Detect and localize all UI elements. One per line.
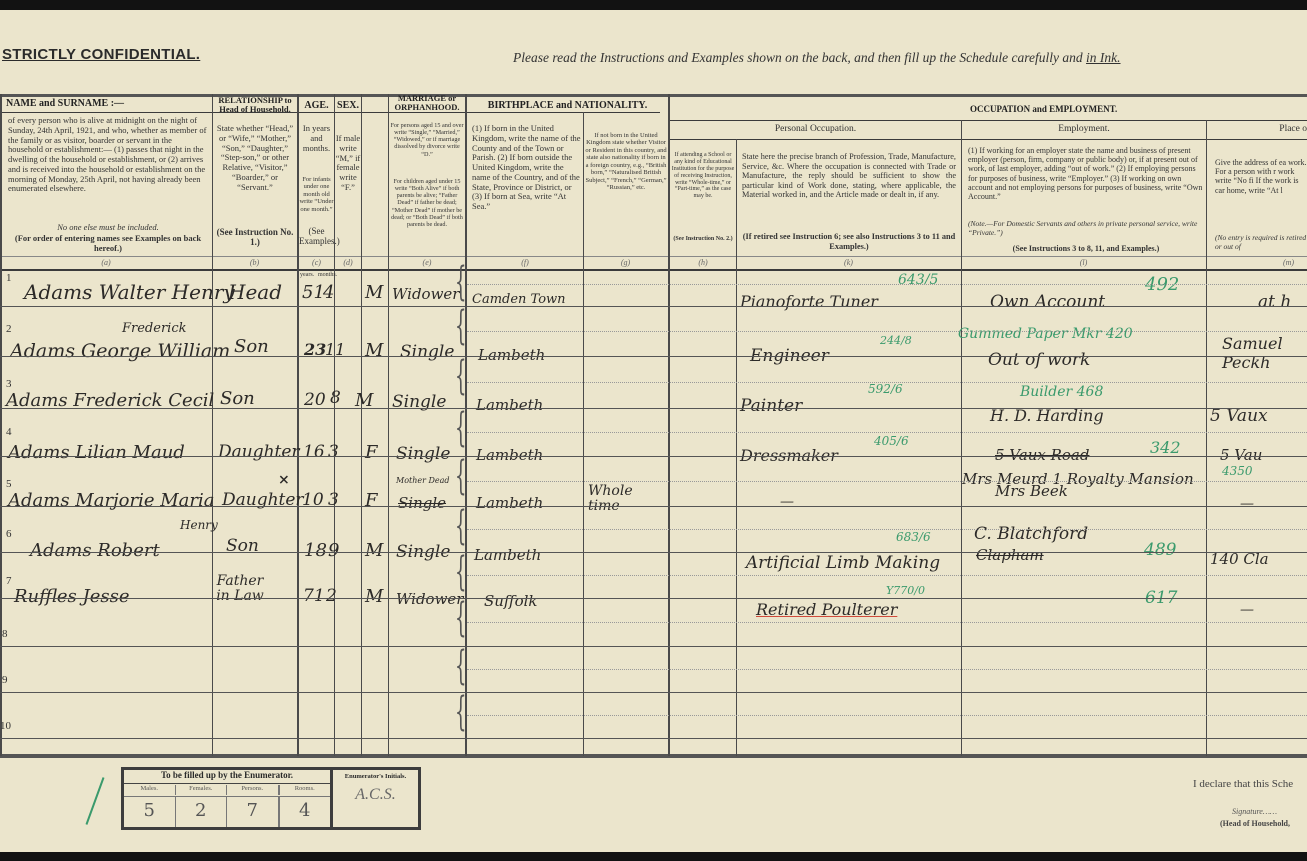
row4-name: Adams Lilian Maud (8, 442, 185, 463)
declaration-text: I declare that this Sche (1193, 778, 1293, 790)
header-name-title: NAME and SURNAME :— (6, 98, 206, 109)
males-count: 5 (124, 797, 176, 827)
signature-label[interactable]: Signature…… (1232, 807, 1277, 816)
header-sex-title: SEX. (335, 100, 361, 111)
row1-name: Adams Walter Henry (24, 280, 235, 304)
row6-name: Adams Robert (30, 540, 160, 561)
census-schedule-page: STRICTLY CONFIDENTIAL. Please read the I… (0, 10, 1307, 853)
header-nationality-body: If not born in the United Kingdom state … (585, 132, 667, 192)
row5-name: Adams Marjorie Maria (8, 490, 214, 511)
cross-mark: × (278, 472, 290, 488)
header-occupation-body: State here the precise branch of Profess… (742, 152, 956, 200)
enumerator-initials: A.C.S. (333, 780, 418, 804)
instructions-line: Please read the Instructions and Example… (513, 50, 1121, 66)
row2-name: Adams George William (10, 340, 230, 362)
green-tick-mark (86, 777, 105, 825)
persons-count: 7 (227, 797, 280, 827)
females-count: 2 (176, 797, 228, 827)
header-education-body: If attending a School or any kind of Edu… (671, 152, 735, 200)
scan-border-bottom (0, 852, 1307, 861)
header-employment-title: Employment. (962, 124, 1206, 135)
enumerator-initials-box: Enumerator's Initials. A.C.S. (333, 767, 421, 830)
header-relationship-title: RELATIONSHIP to Head of Household. (213, 96, 297, 115)
header-relationship-body: State whether “Head,” or “Wife,” “Mother… (214, 124, 296, 192)
header-name-body: of every person who is alive at midnight… (8, 116, 208, 194)
header-age-title: AGE. (299, 100, 334, 111)
header-name-order: (For order of entering names see Example… (8, 234, 208, 254)
header-occupation-group: OCCUPATION and EMPLOYMENT. (670, 104, 1307, 114)
strictly-confidential-heading: STRICTLY CONFIDENTIAL. (2, 46, 200, 63)
rooms-count: 4 (280, 797, 331, 827)
row7-name: Ruffles Jesse (14, 586, 130, 607)
header-place-title: Place o (1207, 124, 1307, 135)
header-birthplace-title: BIRTHPLACE and NATIONALITY. (467, 100, 668, 111)
header-marriage-title: MARRIAGE or ORPHANHOOD. (389, 94, 465, 113)
header-name-note: No one else must be included. (8, 223, 208, 233)
enumerator-box: To be filled up by the Enumerator. Males… (121, 767, 333, 830)
schedule-table: NAME and SURNAME :— of every person who … (0, 94, 1307, 758)
